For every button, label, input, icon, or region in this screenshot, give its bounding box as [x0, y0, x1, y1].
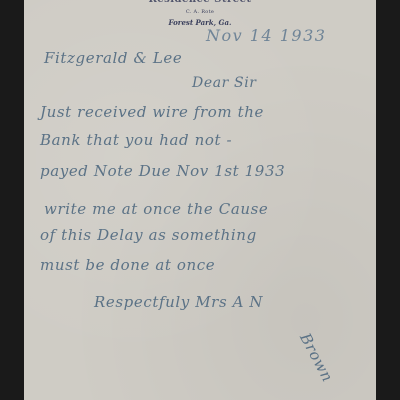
- letter-date: Nov 14 1933: [206, 26, 326, 45]
- letter-addressee: Fitzgerald & Lee: [44, 49, 182, 67]
- letter-signature: Brown: [296, 330, 337, 385]
- body-line: must be done at once: [40, 256, 215, 274]
- letterhead-top-line: Residence Street: [24, 0, 376, 5]
- body-line: Bank that you had not -: [40, 131, 232, 149]
- letter-salutation: Dear Sir: [192, 75, 257, 91]
- letterhead-name: C. A. Rote: [24, 9, 376, 15]
- body-line: write me at once the Cause: [44, 200, 268, 218]
- scan-background: Residence Street C. A. Rote Forest Park,…: [0, 0, 400, 400]
- letter-page: Residence Street C. A. Rote Forest Park,…: [24, 0, 376, 400]
- body-line: Just received wire from the: [40, 103, 264, 121]
- body-line: of this Delay as something: [40, 226, 257, 244]
- body-line: payed Note Due Nov 1st 1933: [40, 162, 285, 180]
- letter-closing: Respectfuly Mrs A N: [94, 293, 263, 311]
